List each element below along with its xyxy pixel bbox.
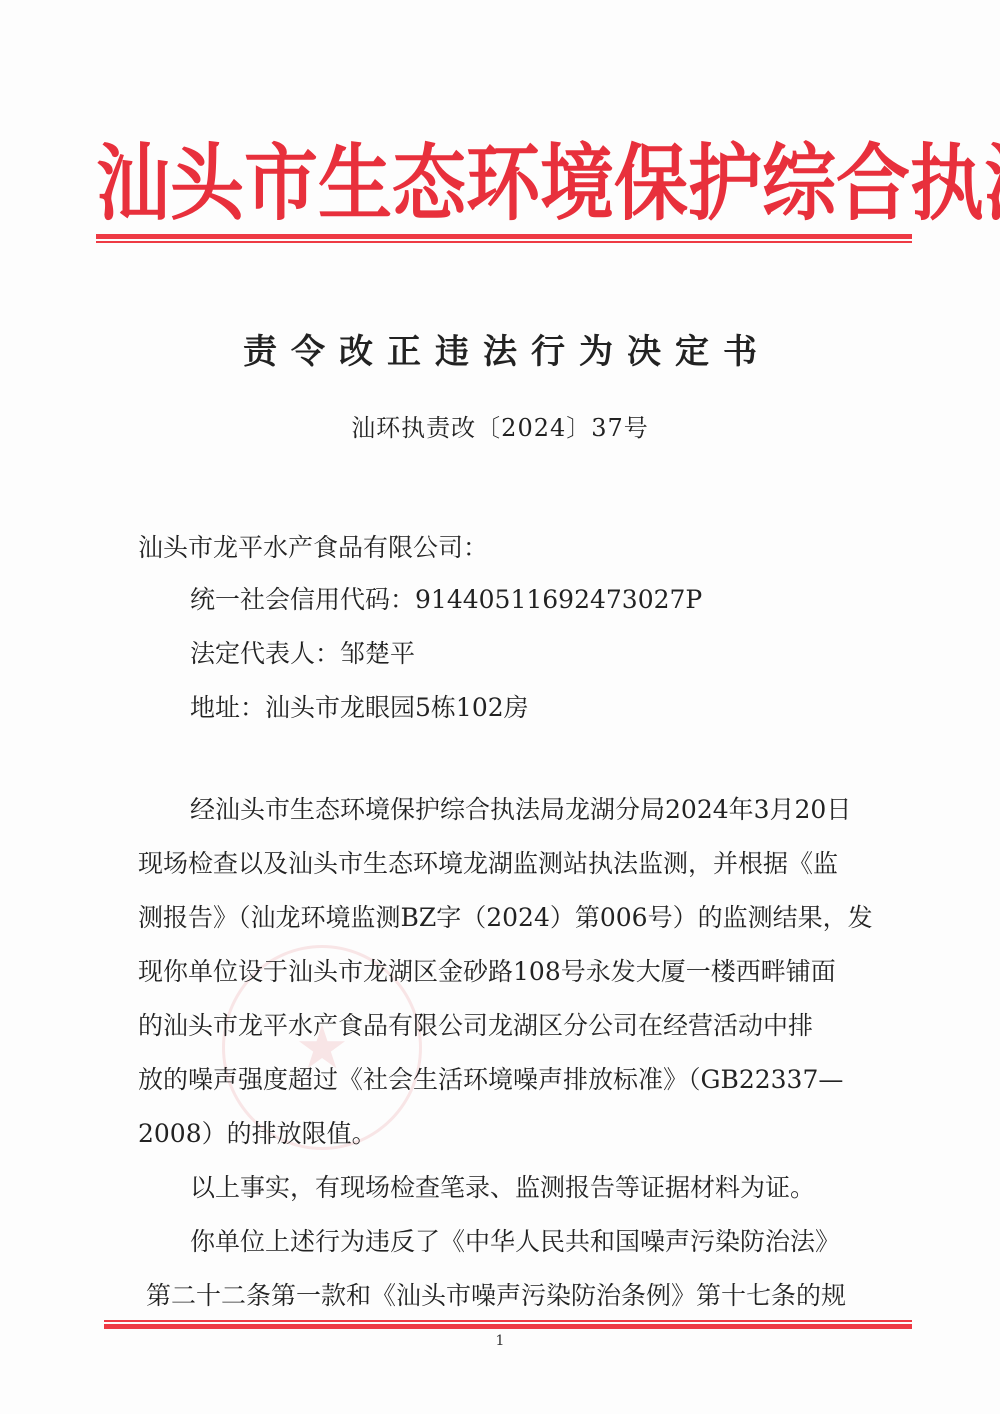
legal-rep-label: 法定代表人：	[190, 639, 340, 668]
agency-char: 市	[244, 143, 318, 226]
agency-char: 法	[984, 143, 1000, 226]
agency-char: 头	[170, 143, 244, 226]
rule-thin-line	[96, 241, 912, 243]
paragraph-line: 你单位上述行为违反了《中华人民共和国噪声污染防治法》	[190, 1222, 840, 1258]
agency-char: 环	[466, 143, 540, 226]
address-row: 地址：汕头市龙眼园5栋102房	[190, 688, 529, 724]
paragraph-line: 的汕头市龙平水产食品有限公司龙湖区分公司在经营活动中排	[138, 1006, 813, 1042]
document-number: 汕环执责改〔2024〕37号	[0, 408, 1000, 443]
agency-char: 汕	[96, 143, 170, 226]
agency-char: 保	[614, 143, 688, 226]
document-page: 汕 头 市 生 态 环 境 保 护 综 合 执 法 局 责令改正违法行为决定书 …	[0, 0, 1000, 1414]
address-label: 地址：	[190, 693, 265, 722]
paragraph-line: 放的噪声强度超过《社会生活环境噪声排放标准》（GB22337—	[138, 1060, 843, 1096]
credit-code-value: 91440511692473027P	[415, 585, 702, 614]
paragraph-line: 现你单位设于汕头市龙湖区金砂路108号永发大厦一楼西畔铺面	[138, 952, 836, 988]
legal-rep-value: 邹楚平	[340, 639, 415, 668]
paragraph-line: 经汕头市生态环境保护综合执法局龙湖分局2024年3月20日	[190, 790, 851, 826]
paragraph-line: 第二十二条第一款和《汕头市噪声污染防治条例》第十七条的规	[146, 1276, 846, 1312]
paragraph-line: 现场检查以及汕头市生态环境龙湖监测站执法监测，并根据《监	[138, 844, 838, 880]
paragraph-line: 测报告》（汕龙环境监测BZ字（2024）第006号）的监测结果，发	[138, 898, 873, 934]
agency-char: 执	[910, 143, 984, 226]
page-number: 1	[0, 1333, 1000, 1349]
paragraph-line: 以上事实，有现场检查笔录、监测报告等证据材料为证。	[190, 1168, 815, 1204]
paragraph-line: 2008）的排放限值。	[138, 1114, 377, 1150]
agency-char: 境	[540, 143, 614, 226]
recipient-company: 汕头市龙平水产食品有限公司：	[138, 528, 488, 564]
legal-rep-row: 法定代表人：邹楚平	[190, 634, 415, 670]
address-value: 汕头市龙眼园5栋102房	[265, 693, 529, 722]
credit-code-row: 统一社会信用代码：91440511692473027P	[190, 580, 702, 616]
header-red-rule	[96, 234, 912, 243]
agency-char: 综	[762, 143, 836, 226]
agency-char: 护	[688, 143, 762, 226]
rule-thick-line	[104, 1324, 912, 1329]
footer-red-rule	[104, 1320, 912, 1329]
document-title: 责令改正违法行为决定书	[0, 324, 1000, 373]
agency-char: 生	[318, 143, 392, 226]
agency-char: 合	[836, 143, 910, 226]
agency-char: 态	[392, 143, 466, 226]
agency-header: 汕 头 市 生 态 环 境 保 护 综 合 执 法 局	[96, 132, 912, 235]
credit-code-label: 统一社会信用代码：	[190, 585, 415, 614]
